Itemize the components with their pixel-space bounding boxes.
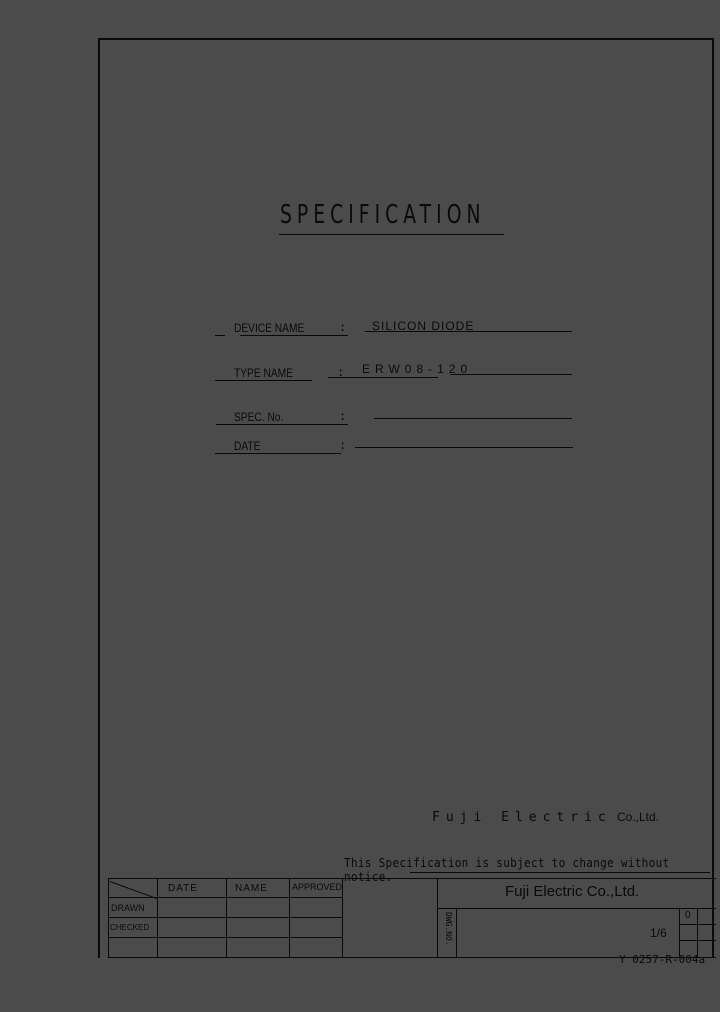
device-name-underline (365, 331, 572, 332)
company-name: Fuji Electric (432, 810, 612, 825)
header-name: NAME (235, 883, 268, 894)
divider (215, 380, 312, 381)
divider (437, 908, 716, 909)
divider (216, 424, 348, 425)
header-date: DATE (168, 883, 198, 894)
divider (679, 924, 716, 925)
divider (328, 377, 438, 378)
divider (108, 878, 109, 958)
divider (289, 878, 290, 958)
divider (108, 917, 342, 918)
company-suffix: Co.,Ltd. (617, 810, 659, 824)
divider (342, 878, 343, 958)
date-label: DATE (234, 439, 260, 453)
title-block-company: Fuji Electric Co.,Ltd. (505, 883, 639, 900)
colon: : (339, 409, 346, 423)
divider (108, 937, 342, 938)
row-checked: CHECKED (110, 923, 149, 932)
spec-no-label: SPEC. No. (234, 410, 283, 424)
title-underline (279, 234, 504, 235)
revision: 0 (685, 910, 691, 921)
header-approved: APPROVED (292, 882, 342, 892)
colon: : (339, 438, 346, 452)
divider (157, 878, 158, 958)
divider (108, 897, 342, 898)
divider (240, 335, 348, 336)
document-title: SPECIFICATION (280, 200, 486, 230)
doc-number: Y 0257-R-004a (619, 953, 705, 966)
row-drawn: DRAWN (111, 903, 145, 913)
divider (456, 908, 457, 958)
divider (226, 878, 227, 958)
type-name-label: TYPE NAME (234, 366, 293, 380)
device-name-label: DEVICE NAME (234, 321, 304, 335)
divider (410, 872, 710, 873)
page-number: 1/6 (650, 926, 667, 940)
spec-no-underline (374, 418, 572, 419)
divider (679, 940, 716, 941)
type-name-underline (450, 374, 572, 375)
divider (215, 335, 225, 336)
notice-text: This Specification is subject to change … (344, 856, 690, 884)
dwg-no-label: DWG.NO. (444, 912, 453, 946)
divider (697, 908, 698, 958)
divider (437, 878, 438, 958)
divider (215, 453, 341, 454)
divider (679, 908, 680, 958)
colon: : (339, 320, 346, 334)
divider (108, 878, 716, 879)
date-underline (355, 447, 573, 448)
